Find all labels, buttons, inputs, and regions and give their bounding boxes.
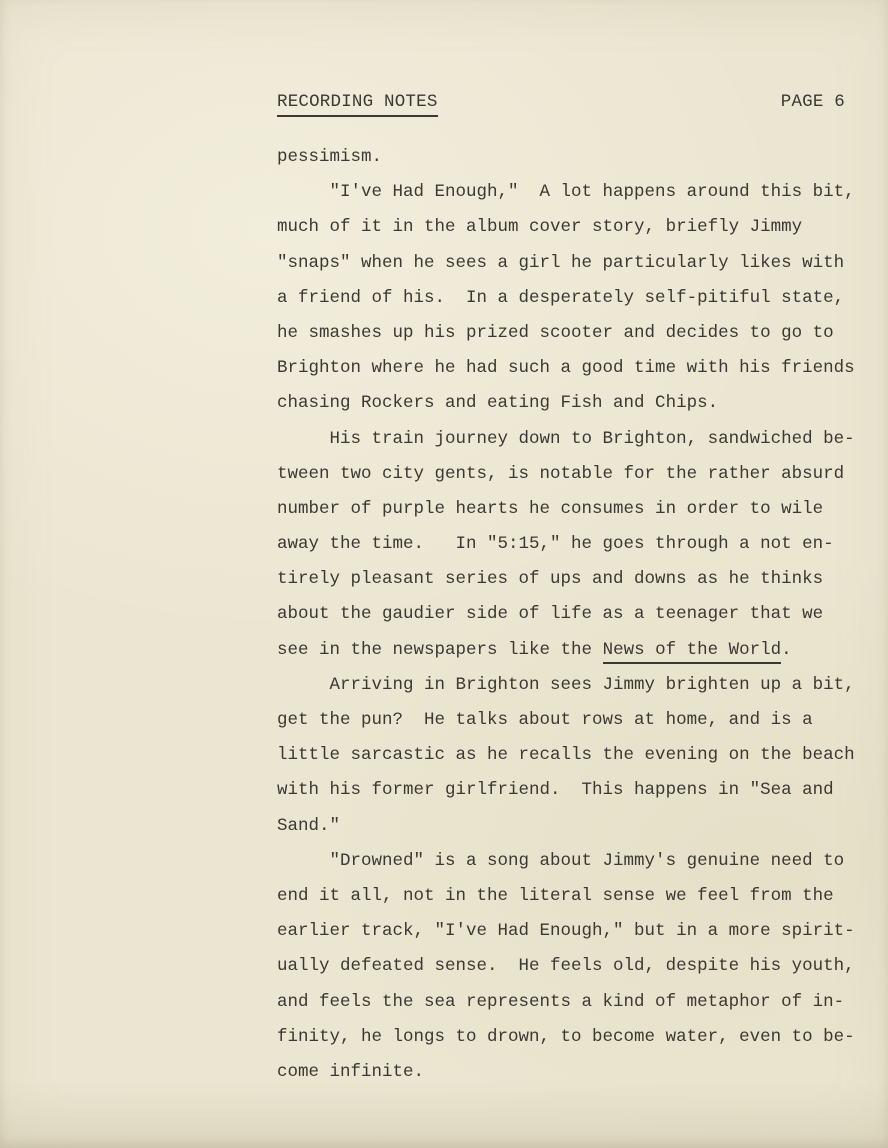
underlined-text: News of the World bbox=[603, 640, 782, 664]
typed-text: and feels the sea represents a kind of m… bbox=[277, 992, 844, 1012]
typed-line: "snaps" when he sees a girl he particula… bbox=[277, 246, 867, 281]
typed-text: chasing Rockers and eating Fish and Chip… bbox=[277, 393, 718, 413]
typed-line: end it all, not in the literal sense we … bbox=[277, 879, 867, 914]
typed-line: a friend of his. In a desperately self-p… bbox=[277, 281, 867, 316]
typed-text: tween two city gents, is notable for the… bbox=[277, 464, 844, 484]
typed-text: get the pun? He talks about rows at home… bbox=[277, 710, 813, 730]
typed-text: about the gaudier side of life as a teen… bbox=[277, 604, 823, 624]
typed-text: Arriving in Brighton sees Jimmy brighten… bbox=[277, 675, 855, 695]
typed-line: "Drowned" is a song about Jimmy's genuin… bbox=[277, 844, 867, 879]
typed-text: ually defeated sense. He feels old, desp… bbox=[277, 956, 855, 976]
typed-line: "I've Had Enough," A lot happens around … bbox=[277, 175, 867, 210]
typed-line: and feels the sea represents a kind of m… bbox=[277, 985, 867, 1020]
typed-text-body: pessimism. "I've Had Enough," A lot happ… bbox=[277, 140, 867, 1090]
typed-text: come infinite. bbox=[277, 1062, 424, 1082]
typed-text: "I've Had Enough," A lot happens around … bbox=[277, 182, 855, 202]
typed-text: "snaps" when he sees a girl he particula… bbox=[277, 253, 844, 273]
typed-text: . bbox=[781, 640, 792, 660]
typed-line: Arriving in Brighton sees Jimmy brighten… bbox=[277, 668, 867, 703]
typed-text: finity, he longs to drown, to become wat… bbox=[277, 1027, 855, 1047]
typed-line: little sarcastic as he recalls the eveni… bbox=[277, 738, 867, 773]
typed-line: with his former girlfriend. This happens… bbox=[277, 773, 867, 808]
typed-line: much of it in the album cover story, bri… bbox=[277, 210, 867, 245]
typed-text: see in the newspapers like the bbox=[277, 640, 603, 660]
typed-line: about the gaudier side of life as a teen… bbox=[277, 597, 867, 632]
typed-line: he smashes up his prized scooter and dec… bbox=[277, 316, 867, 351]
typed-line: see in the newspapers like the News of t… bbox=[277, 633, 867, 668]
typed-line: His train journey down to Brighton, sand… bbox=[277, 422, 867, 457]
typed-line: Sand." bbox=[277, 809, 867, 844]
typed-line: number of purple hearts he consumes in o… bbox=[277, 492, 867, 527]
typed-text: "Drowned" is a song about Jimmy's genuin… bbox=[277, 851, 844, 871]
typed-text: he smashes up his prized scooter and dec… bbox=[277, 323, 834, 343]
typed-text: earlier track, "I've Had Enough," but in… bbox=[277, 921, 855, 941]
typed-line: away the time. In "5:15," he goes throug… bbox=[277, 527, 867, 562]
typed-line: pessimism. bbox=[277, 140, 867, 175]
typed-text: little sarcastic as he recalls the eveni… bbox=[277, 745, 855, 765]
typed-line: tween two city gents, is notable for the… bbox=[277, 457, 867, 492]
document-title: RECORDING NOTES bbox=[277, 92, 438, 117]
typed-text: much of it in the album cover story, bri… bbox=[277, 217, 802, 237]
typed-line: chasing Rockers and eating Fish and Chip… bbox=[277, 386, 867, 421]
typed-line: finity, he longs to drown, to become wat… bbox=[277, 1020, 867, 1055]
typed-text: number of purple hearts he consumes in o… bbox=[277, 499, 823, 519]
typed-text: end it all, not in the literal sense we … bbox=[277, 886, 834, 906]
typed-text: a friend of his. In a desperately self-p… bbox=[277, 288, 844, 308]
page-header: RECORDING NOTES PAGE 6 bbox=[277, 92, 845, 117]
typed-line: tirely pleasant series of ups and downs … bbox=[277, 562, 867, 597]
typed-text: tirely pleasant series of ups and downs … bbox=[277, 569, 823, 589]
page-number: PAGE 6 bbox=[781, 92, 845, 112]
typed-text: His train journey down to Brighton, sand… bbox=[277, 429, 855, 449]
typed-text: pessimism. bbox=[277, 147, 382, 167]
typed-line: ually defeated sense. He feels old, desp… bbox=[277, 949, 867, 984]
typed-line: come infinite. bbox=[277, 1055, 867, 1090]
typed-line: get the pun? He talks about rows at home… bbox=[277, 703, 867, 738]
typed-text: away the time. In "5:15," he goes throug… bbox=[277, 534, 834, 554]
document-page: RECORDING NOTES PAGE 6 pessimism. "I've … bbox=[0, 0, 888, 1148]
typed-text: Sand." bbox=[277, 816, 340, 836]
typed-line: earlier track, "I've Had Enough," but in… bbox=[277, 914, 867, 949]
typed-text: Brighton where he had such a good time w… bbox=[277, 358, 855, 378]
typed-line: Brighton where he had such a good time w… bbox=[277, 351, 867, 386]
typed-text: with his former girlfriend. This happens… bbox=[277, 780, 834, 800]
